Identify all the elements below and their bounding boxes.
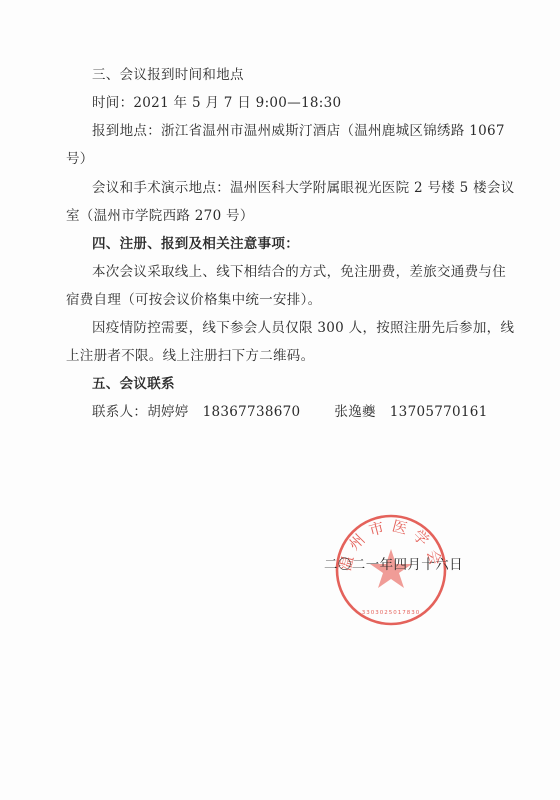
issue-date: 二〇二一年四月十六日 — [324, 556, 463, 574]
meeting-time: 时间：2021 年 5 月 7 日 9:00—18:30 — [92, 94, 341, 112]
document-page: 三、会议报到时间和地点 时间：2021 年 5 月 7 日 9:00—18:30… — [0, 0, 560, 800]
section-3-heading: 三、会议报到时间和地点 — [92, 66, 244, 84]
contact-phone: 18367738670 — [203, 404, 301, 420]
registration-para1-line2: 宿费自理（可按会议价格集中统一安排）。 — [66, 291, 321, 309]
registration-para1-line1: 本次会议采取线上、线下相结合的方式，免注册费，差旅交通费与住 — [92, 263, 506, 281]
registration-para2-line1: 因疫情防控需要，线下参会人员仅限 300 人，按照注册先后参加，线 — [92, 319, 514, 337]
contact-phone: 13705770161 — [390, 404, 488, 420]
venue-line1: 会议和手术演示地点：温州医科大学附属眼视光医院 2 号楼 5 楼会议 — [92, 179, 515, 197]
svg-text:3303025017830: 3303025017830 — [362, 610, 421, 616]
venue-line2: 室（温州市学院西路 270 号） — [66, 207, 254, 225]
section-5-heading: 五、会议联系 — [92, 375, 175, 393]
section-4-heading: 四、注册、报到及相关注意事项： — [92, 235, 299, 253]
contact-line: 联系人：胡婷婷18367738670张逸夔13705770161 — [92, 403, 488, 421]
contact-label: 联系人： — [92, 404, 147, 420]
contact-name: 张逸夔 — [334, 404, 375, 420]
registration-para2-line2: 上注册者不限。线上注册扫下方二维码。 — [66, 347, 314, 365]
checkin-location-line2: 号） — [66, 150, 94, 168]
checkin-location-line1: 报到地点：浙江省温州市温州威斯汀酒店（温州鹿城区锦绣路 1067 — [92, 122, 505, 140]
contact-name: 胡婷婷 — [147, 404, 188, 420]
